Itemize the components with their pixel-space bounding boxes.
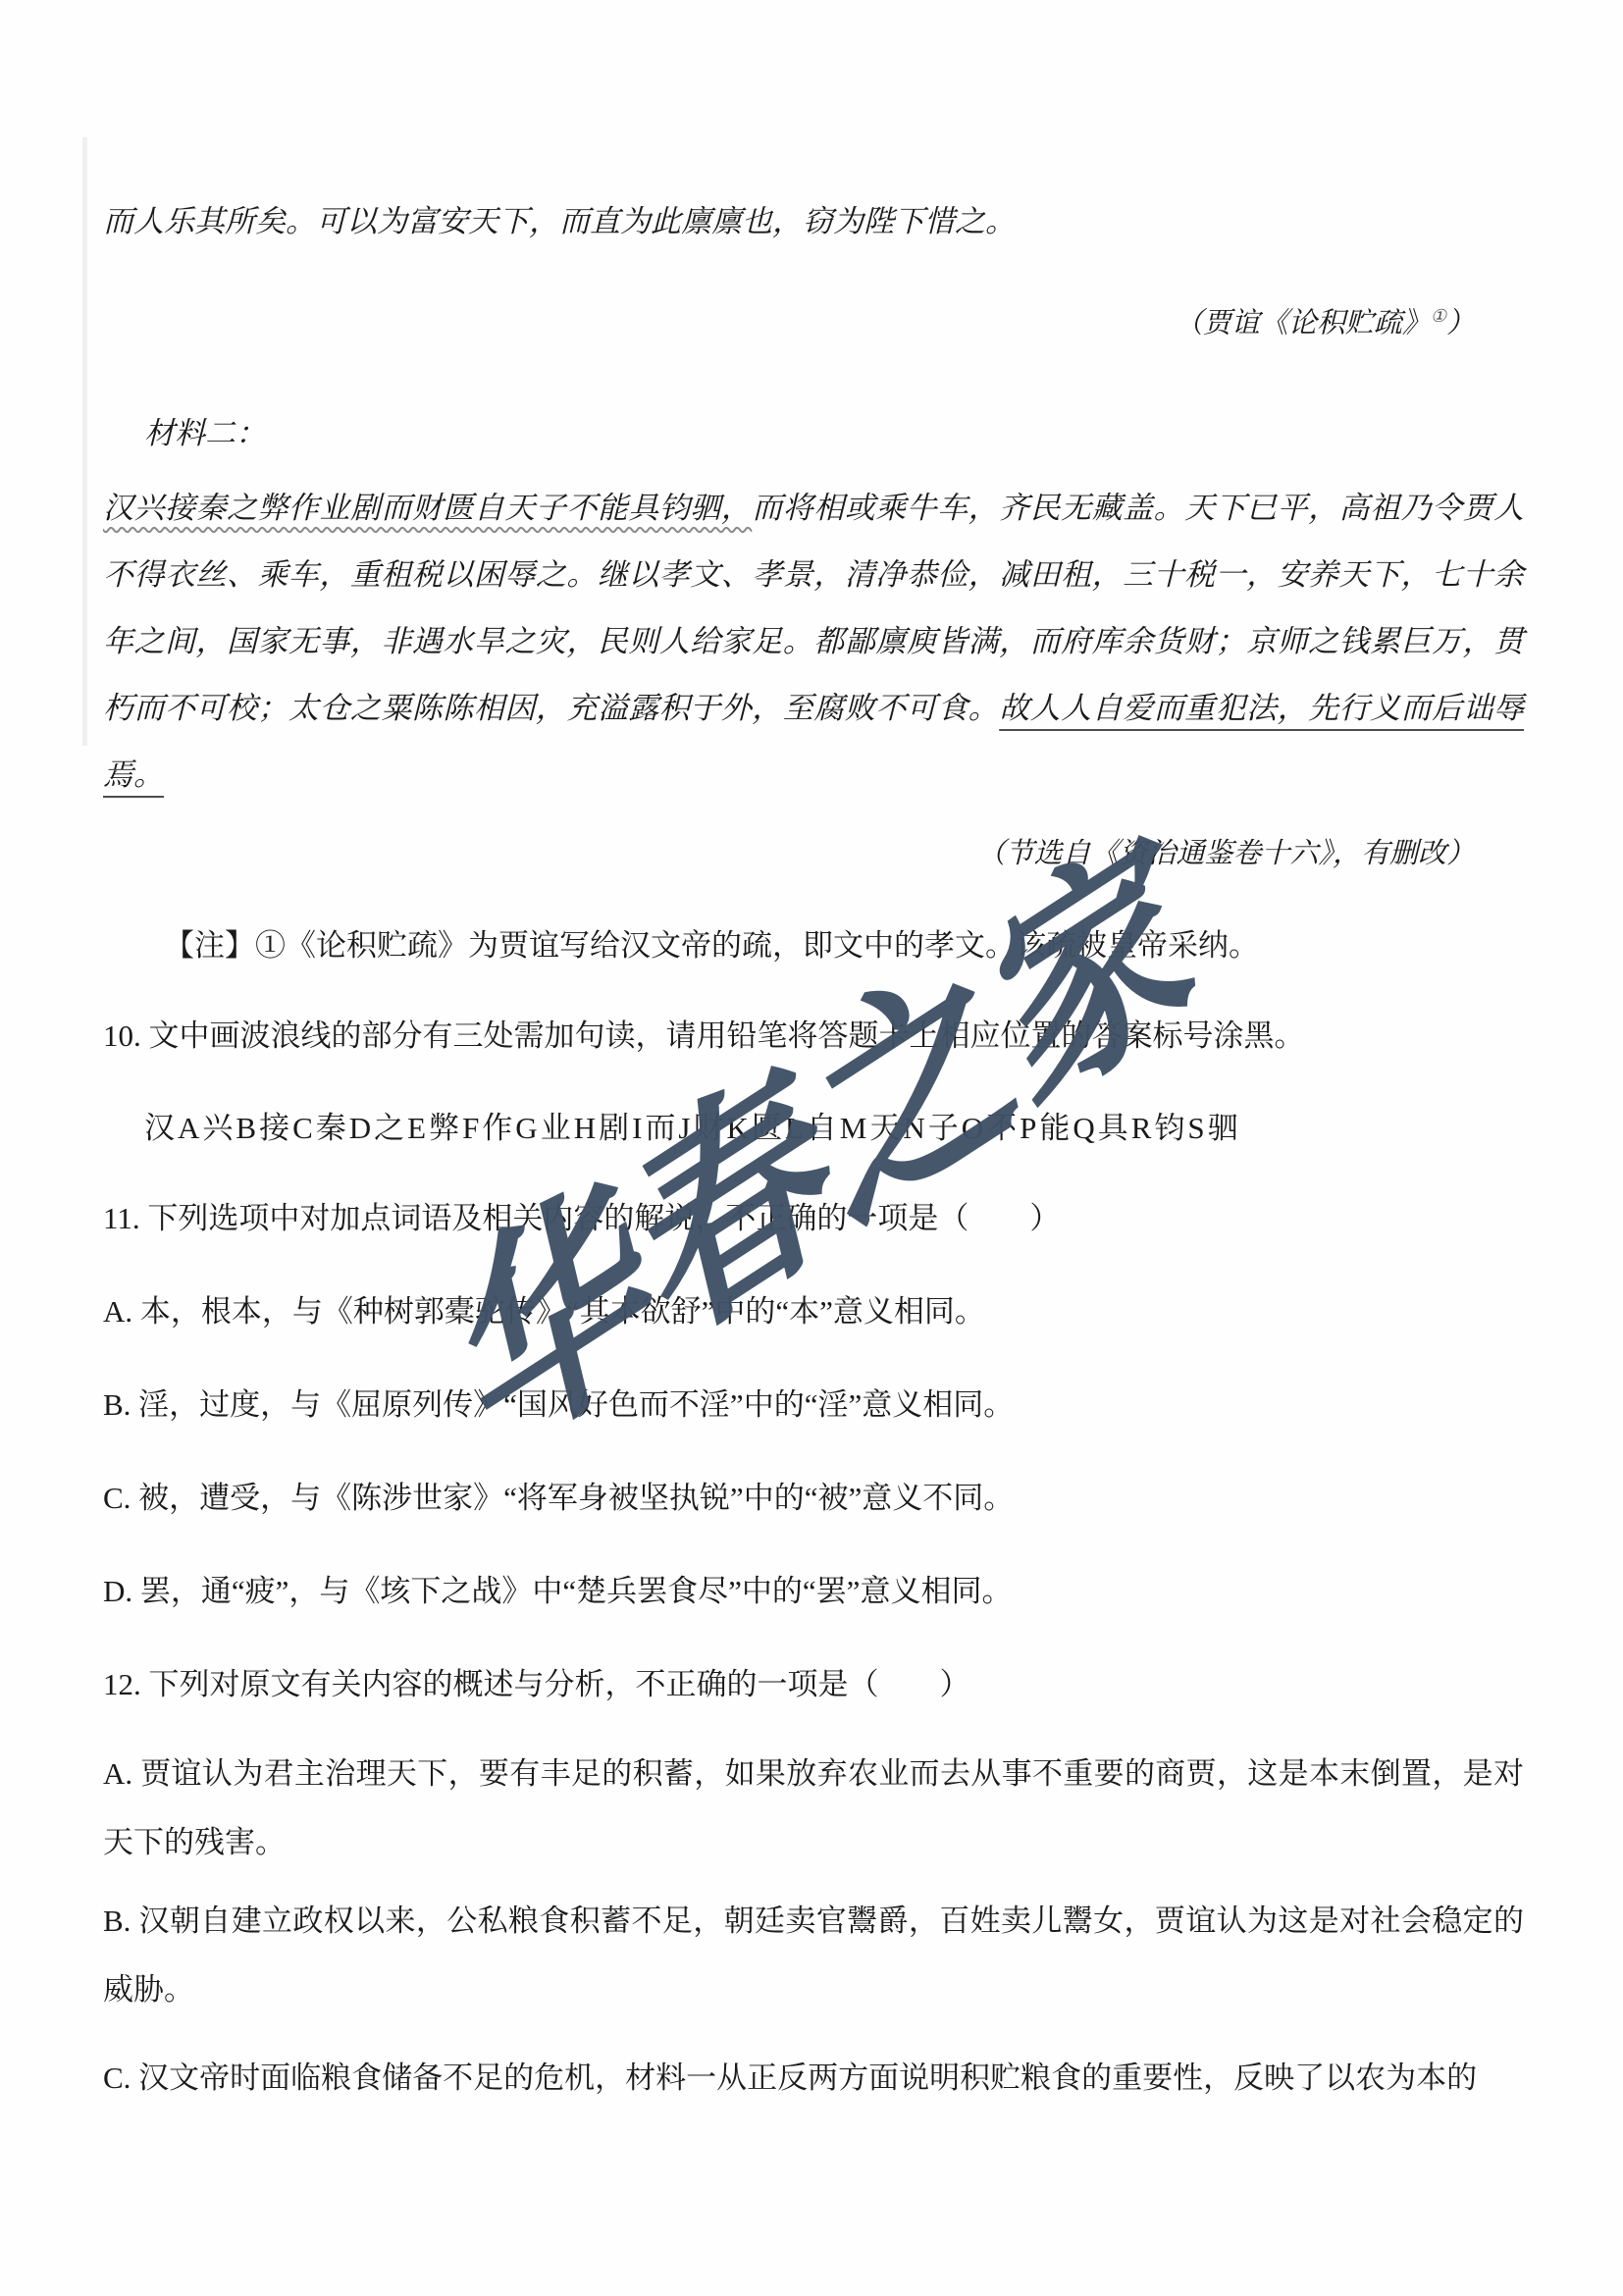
- footnote-marker-1: ①: [1431, 306, 1446, 326]
- question-11-option-a: A. 本，根本，与《种树郭橐驼传》“其本欲舒”中的“本”意义相同。: [103, 1292, 1524, 1331]
- question-12-option-b: B. 汉朝自建立政权以来，公私粮食积蓄不足，朝廷卖官鬻爵，百姓卖儿鬻女，贾谊认为…: [103, 1887, 1524, 2024]
- wavy-underlined-segment: 汉兴接秦之弊作业剧而财匮自天子不能具钧驷，: [103, 491, 752, 525]
- scan-artifact: [82, 137, 87, 746]
- question-12-option-a: A. 贾谊认为君主治理天下，要有丰足的积蓄，如果放弃农业而去从事不重要的商贾，这…: [103, 1740, 1524, 1877]
- exam-content: 而人乐其所矣。可以为富安天下，而直为此廪廪也，窃为陛下惜之。 （贾谊《论积贮疏》…: [103, 0, 1524, 2113]
- question-10-lettered-line: 汉A兴B接C秦D之E弊F作G业H剧I而J财K匮L自M天N子O不P能Q具R钧S驷: [103, 1109, 1524, 1148]
- material-two-passage: 汉兴接秦之弊作业剧而财匮自天子不能具钧驷，而将相或乘牛车，齐民无藏盖。天下已平，…: [103, 475, 1524, 809]
- question-10-stem: 10. 文中画波浪线的部分有三处需加句读，请用铅笔将答题卡上相应位置的答案标号涂…: [103, 1017, 1524, 1056]
- exam-page: 而人乐其所矣。可以为富安天下，而直为此廪廪也，窃为陛下惜之。 （贾谊《论积贮疏》…: [0, 0, 1623, 2296]
- question-11-option-b: B. 淫，过度，与《屈原列传》“国风好色而不淫”中的“淫”意义相同。: [103, 1385, 1524, 1425]
- question-12-option-c: C. 汉文帝时面临粮食储备不足的危机，材料一从正反两方面说明积贮粮食的重要性，反…: [103, 2044, 1524, 2113]
- citation-lunjizhushu-text: （贾谊《论积贮疏》: [1175, 308, 1431, 339]
- question-11-option-c: C. 被，遭受，与《陈涉世家》“将军身被坚执锐”中的“被”意义不同。: [103, 1479, 1524, 1518]
- material-two-label: 材料二：: [103, 414, 1524, 453]
- question-11-option-d: D. 罢，通“疲”，与《垓下之战》中“楚兵罢食尽”中的“罢”意义相同。: [103, 1572, 1524, 1611]
- footnote-line: 【注】①《论积贮疏》为贾谊写给汉文帝的疏，即文中的孝文。该疏被皇帝采纳。: [103, 926, 1524, 965]
- question-12-stem: 12. 下列对原文有关内容的概述与分析，不正确的一项是（ ）: [103, 1665, 1524, 1704]
- citation-lunjizhushu-close: ）: [1446, 308, 1475, 339]
- passage-ending-line: 而人乐其所矣。可以为富安天下，而直为此廪廪也，窃为陛下惜之。: [103, 202, 1524, 241]
- citation-lunjizhushu: （贾谊《论积贮疏》①）: [103, 296, 1524, 343]
- citation-zizhitongjian: （节选自《资治通鉴卷十六》，有删改）: [103, 834, 1524, 873]
- question-11-stem: 11. 下列选项中对加点词语及相关内容的解说，不正确的一项是（ ）: [103, 1199, 1524, 1238]
